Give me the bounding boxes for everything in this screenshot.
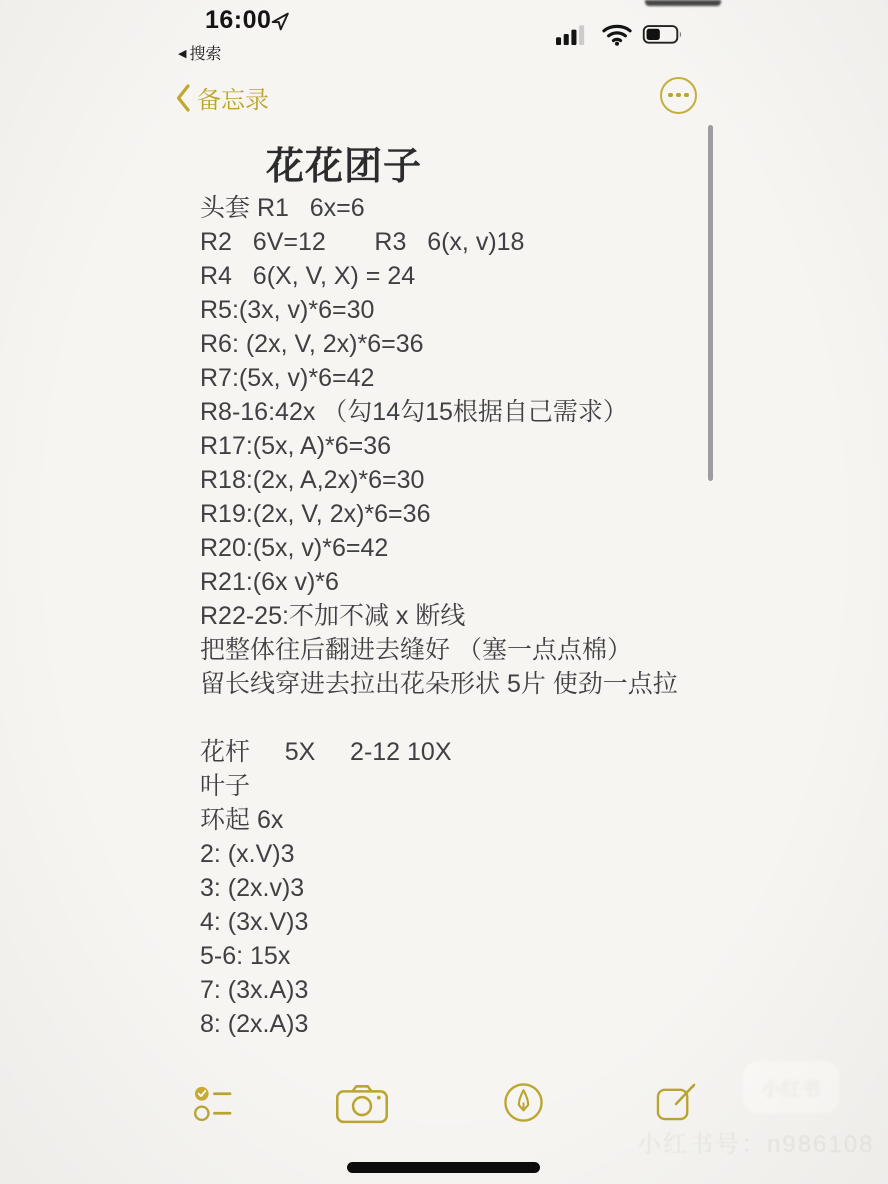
markup-button[interactable] <box>503 1082 544 1123</box>
note-line: R7:(5x, v)*6=42 <box>200 361 730 395</box>
back-button[interactable]: 备忘录 <box>176 80 269 115</box>
note-line: 留长线穿进去拉出花朵形状 5片 使劲一点拉 <box>200 667 730 701</box>
compose-icon <box>656 1081 697 1122</box>
note-line <box>200 701 730 735</box>
note-line: 花杆 5X 2-12 10X <box>200 735 730 769</box>
note-line: R4 6(X, V, X) = 24 <box>200 259 730 293</box>
chevron-left-icon <box>176 84 190 112</box>
more-options-button[interactable] <box>660 77 697 114</box>
note-line: R5:(3x, v)*6=30 <box>200 293 730 327</box>
location-arrow-icon <box>270 11 291 32</box>
photo-artifact-smudge <box>645 0 721 6</box>
back-button-label: 备忘录 <box>197 80 269 115</box>
markup-pen-icon <box>503 1082 544 1123</box>
back-triangle-icon: ◀ <box>178 48 186 60</box>
note-line: 头套 R1 6x=6 <box>200 191 730 225</box>
checklist-icon <box>194 1084 233 1123</box>
watermark-logo-text: 小红书 <box>761 1073 821 1102</box>
note-line: 5-6: 15x <box>200 939 730 973</box>
ellipsis-icon <box>668 93 689 98</box>
status-time: 16:00 <box>205 6 271 35</box>
note-line: R22-25:不加不减 x 断线 <box>200 599 730 633</box>
note-line: R20:(5x, v)*6=42 <box>200 531 730 565</box>
note-line: 8: (2x.A)3 <box>200 1007 730 1041</box>
checklist-button[interactable] <box>194 1084 233 1123</box>
note-line: 把整体往后翻进去缝好 （塞一点点棉） <box>200 633 730 667</box>
home-indicator[interactable] <box>347 1162 540 1173</box>
compose-button[interactable] <box>656 1081 697 1122</box>
note-line: R18:(2x, A,2x)*6=30 <box>200 463 730 497</box>
note-line: 环起 6x <box>200 803 730 837</box>
back-to-app-label: 搜索 <box>189 46 221 63</box>
back-to-search-link[interactable]: ◀搜索 <box>178 41 221 64</box>
note-line: R6: (2x, V, 2x)*6=36 <box>200 327 730 361</box>
note-line: 2: (x.V)3 <box>200 837 730 871</box>
wifi-icon <box>601 23 633 46</box>
phone-screen: 16:00 ◀搜索 备 <box>0 0 888 1184</box>
battery-icon <box>642 25 684 44</box>
note-line: 4: (3x.V)3 <box>200 905 730 939</box>
note-title: 花花团子 <box>266 135 422 190</box>
watermark-id-text: 小红书号：n986108 <box>637 1124 874 1159</box>
cellular-signal-icon <box>556 23 589 45</box>
xiaohongshu-logo-watermark: 小红书 <box>743 1061 839 1113</box>
note-line: R19:(2x, V, 2x)*6=36 <box>200 497 730 531</box>
note-line: R2 6V=12 R3 6(x, v)18 <box>200 225 730 259</box>
note-line: R17:(5x, A)*6=36 <box>200 429 730 463</box>
camera-icon <box>335 1084 389 1124</box>
note-body[interactable]: 头套 R1 6x=6R2 6V=12 R3 6(x, v)18R4 6(X, V… <box>200 191 730 1041</box>
camera-button[interactable] <box>335 1084 389 1124</box>
note-line: R21:(6x v)*6 <box>200 565 730 599</box>
note-line: 叶子 <box>200 769 730 803</box>
note-line: R8-16:42x （勾14勾15根据自己需求） <box>200 395 730 429</box>
note-line: 7: (3x.A)3 <box>200 973 730 1007</box>
note-line: 3: (2x.v)3 <box>200 871 730 905</box>
